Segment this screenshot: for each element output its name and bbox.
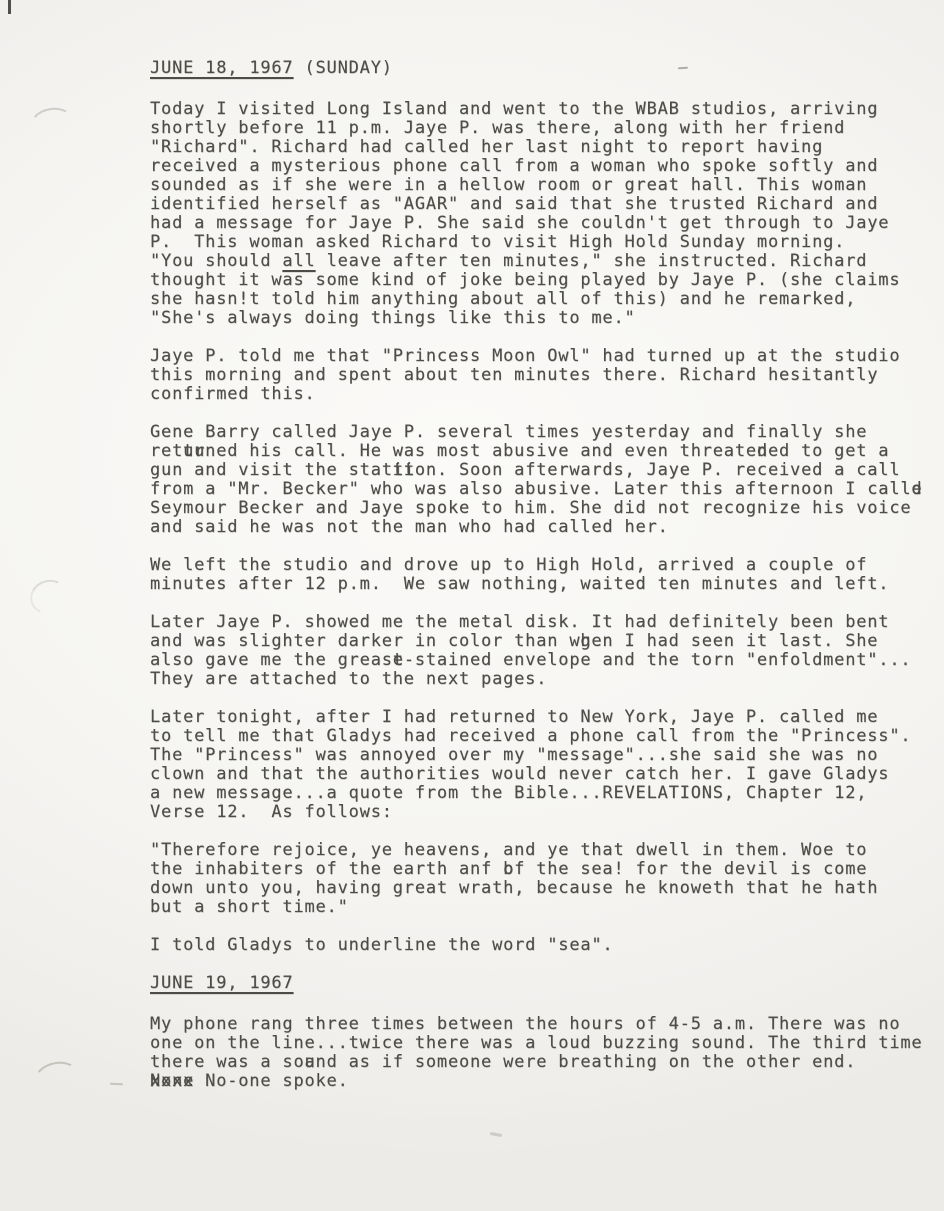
paragraph: We left the studio and drove up to High … [150,556,940,594]
typewritten-text: JUNE 18, 1967 (SUNDAY)Today I visited Lo… [150,59,940,1110]
text-segment: on. Soon afterwards, Jaye P. received a … [415,460,901,480]
text-line: "Therefore rejoice, ye heavens, and ye t… [150,841,940,860]
text-line: shortly before 11 p.m. Jaye P. was there… [150,119,940,138]
text-line: also gave me the greaset-stained envelop… [150,651,940,670]
text-segment: I told Gladys to underline the word "sea… [150,935,613,955]
text-line: JUNE 18, 1967 (SUNDAY) [150,59,940,78]
text-line: minutes after 12 p.m. We saw nothing, wa… [150,575,940,594]
text-line: and was slighter darker in color than wh… [150,632,940,651]
text-line: Later Jaye P. showed me the metal disk. … [150,613,940,632]
text-segment: minutes after 12 p.m. We saw nothing, wa… [150,574,889,594]
overtyped-text: ed [911,480,922,499]
paper-smudge-mark [28,104,77,143]
paragraph: Later tonight, after I had returned to N… [150,708,940,822]
text-segment: -stained envelope and the torn "enfoldme… [404,650,912,670]
paragraph: Later Jaye P. showed me the metal disk. … [150,613,940,689]
text-segment: No-one spoke. [194,1071,349,1091]
text-line: Verse 12. As follows: [150,803,940,822]
overtyped-text: ex [183,1072,194,1091]
text-segment: "She's always doing things like this to … [150,308,636,328]
text-line: Gene Barry called Jaye P. several times … [150,423,940,442]
paragraph: My phone rang three times between the ho… [150,1015,940,1091]
text-line: gun and visit the stattiiton. Soon after… [150,461,940,480]
text-line: JUNE 19, 1967 [150,974,940,993]
text-segment: identified herself as "AGAR" and said th… [150,194,878,214]
text-segment: but a short time." [150,897,349,917]
paragraph: Today I visited Long Island and went to … [150,100,940,328]
text-segment: one on the line...twice there was a loud… [150,1033,922,1053]
text-line: Nxoxnxex No-one spoke. [150,1072,940,1091]
text-segment: the inhabiters of the earth anf [150,859,503,879]
text-line: My phone rang three times between the ho… [150,1015,940,1034]
text-line: We left the studio and drove up to High … [150,556,940,575]
text-segment: clown and that the authorities would nev… [150,764,889,784]
text-segment: down unto you, having great wrath, becau… [150,878,878,898]
underlined-text: all [282,251,315,271]
text-segment: Gene Barry called Jaye P. several times … [150,422,867,442]
text-line: down unto you, having great wrath, becau… [150,879,940,898]
date-heading: JUNE 18, 1967 (SUNDAY) [150,59,940,78]
date-heading: JUNE 19, 1967 [150,974,940,993]
text-segment: My phone rang three times between the ho… [150,1014,900,1034]
text-segment: "You should [150,251,282,271]
text-segment: received a mysterious phone call from a … [150,156,878,176]
text-segment: Verse 12. As follows: [150,802,393,822]
text-line: she hasn!t told him anything about all o… [150,290,940,309]
text-line: "Richard". Richard had called her last n… [150,138,940,157]
text-line: there was a souand as if someone were br… [150,1053,940,1072]
text-segment: Jaye P. told me that "Princess Moon Owl"… [150,346,900,366]
text-line: and said he was not the man who had call… [150,518,940,537]
overtyped-text: ti [393,461,404,480]
text-segment: We left the studio and drove up to High … [150,555,867,575]
text-segment: ned his call. He was most abusive and ev… [205,441,757,461]
text-line: clown and that the authorities would nev… [150,765,940,784]
text-line: had a message for Jaye P. She said she c… [150,214,940,233]
text-line: Jaye P. told me that "Princess Moon Owl"… [150,347,940,366]
text-segment: Later tonight, after I had returned to N… [150,707,878,727]
text-segment: had a message for Jaye P. She said she c… [150,213,889,233]
text-segment: "Richard". Richard had called her last n… [150,137,823,157]
text-line: one on the line...twice there was a loud… [150,1034,940,1053]
overtyped-text: tu [183,442,194,461]
text-segment: a new message...a quote from the Bible..… [150,783,867,803]
text-segment: They are attached to the next pages. [150,669,547,689]
overtyped-text: ob [503,860,514,879]
text-segment: (SUNDAY) [293,58,392,78]
text-line: rettuurned his call. He was most abusive… [150,442,940,461]
text-segment: Today I visited Long Island and went to … [150,99,878,119]
overtyped-text: hg [580,632,591,651]
text-segment: The "Princess" was annoyed over my "mess… [150,745,878,765]
text-line: They are attached to the next pages. [150,670,940,689]
text-line: Today I visited Long Island and went to … [150,100,940,119]
text-segment: she hasn!t told him anything about all o… [150,289,856,309]
paper-smudge-mark [31,1058,83,1101]
text-line: this morning and spent about ten minutes… [150,366,940,385]
text-segment: f the sea! for the devil is come [514,859,867,879]
pencil-dash-mark [490,1132,502,1137]
text-segment: Later Jaye P. showed me the metal disk. … [150,612,889,632]
text-segment: sounded as if she were in a hellow room … [150,175,867,195]
text-line: I told Gladys to underline the word "sea… [150,936,940,955]
text-segment: en I had seen it last. She [591,631,878,651]
paragraph: I told Gladys to underline the word "sea… [150,936,940,955]
scanned-page: JUNE 18, 1967 (SUNDAY)Today I visited Lo… [0,0,944,1211]
overtyped-text: it [404,461,415,480]
text-line: identified herself as "AGAR" and said th… [150,195,940,214]
text-line: received a mysterious phone call from a … [150,157,940,176]
text-segment: gun and visit the stat [150,460,393,480]
pencil-dash-mark [110,1083,123,1086]
overtyped-text: dn [757,442,768,461]
text-line: from a "Mr. Becker" who was also abusive… [150,480,940,499]
text-line: thought it was some kind of joke being p… [150,271,940,290]
text-segment: there was a so [150,1052,305,1072]
overtyped-text: ua [305,1053,316,1072]
text-line: P. This woman asked Richard to visit Hig… [150,233,940,252]
text-line: Seymour Becker and Jaye spoke to him. Sh… [150,499,940,518]
underlined-text: JUNE 18, 1967 [150,58,293,78]
text-line: confirmed this. [150,385,940,404]
text-line: "She's always doing things like this to … [150,309,940,328]
text-segment: this morning and spent about ten minutes… [150,365,878,385]
text-segment: also gave me the greas [150,650,393,670]
text-segment: thought it was some kind of joke being p… [150,270,900,290]
scan-edge-mark [8,0,11,14]
text-segment: leave after ten minutes," she instructed… [316,251,868,271]
text-segment: ret [150,441,183,461]
text-segment: P. This woman asked Richard to visit Hig… [150,232,845,252]
text-segment: and said he was not the man who had call… [150,517,669,537]
text-line: "You should all leave after ten minutes,… [150,252,940,271]
paragraph: Gene Barry called Jaye P. several times … [150,423,940,537]
paper-smudge-mark [26,575,73,619]
text-segment: "Therefore rejoice, ye heavens, and ye t… [150,840,867,860]
text-segment: Seymour Becker and Jaye spoke to him. Sh… [150,498,911,518]
text-line: the inhabiters of the earth anf obf the … [150,860,940,879]
text-line: The "Princess" was annoyed over my "mess… [150,746,940,765]
text-line: a new message...a quote from the Bible..… [150,784,940,803]
paragraph: "Therefore rejoice, ye heavens, and ye t… [150,841,940,917]
overtyped-text: et [393,651,404,670]
text-line: Later tonight, after I had returned to N… [150,708,940,727]
text-segment: and was slighter darker in color than w [150,631,580,651]
text-line: but a short time." [150,898,940,917]
text-line: sounded as if she were in a hellow room … [150,176,940,195]
text-segment: ed to get a [768,441,889,461]
text-segment: confirmed this. [150,384,316,404]
text-segment: shortly before 11 p.m. Jaye P. was there… [150,118,845,138]
underlined-text: JUNE 19, 1967 [150,973,293,993]
text-line: to tell me that Gladys had received a ph… [150,727,940,746]
overtyped-text: nx [172,1072,183,1091]
paragraph: Jaye P. told me that "Princess Moon Owl"… [150,347,940,404]
text-segment: from a "Mr. Becker" who was also abusive… [150,479,911,499]
overtyped-text: ox [161,1072,172,1091]
text-segment: to tell me that Gladys had received a ph… [150,726,911,746]
overtyped-text: Nx [150,1072,161,1091]
text-segment: nd as if someone were breathing on the o… [316,1052,857,1072]
overtyped-text: ur [194,442,205,461]
